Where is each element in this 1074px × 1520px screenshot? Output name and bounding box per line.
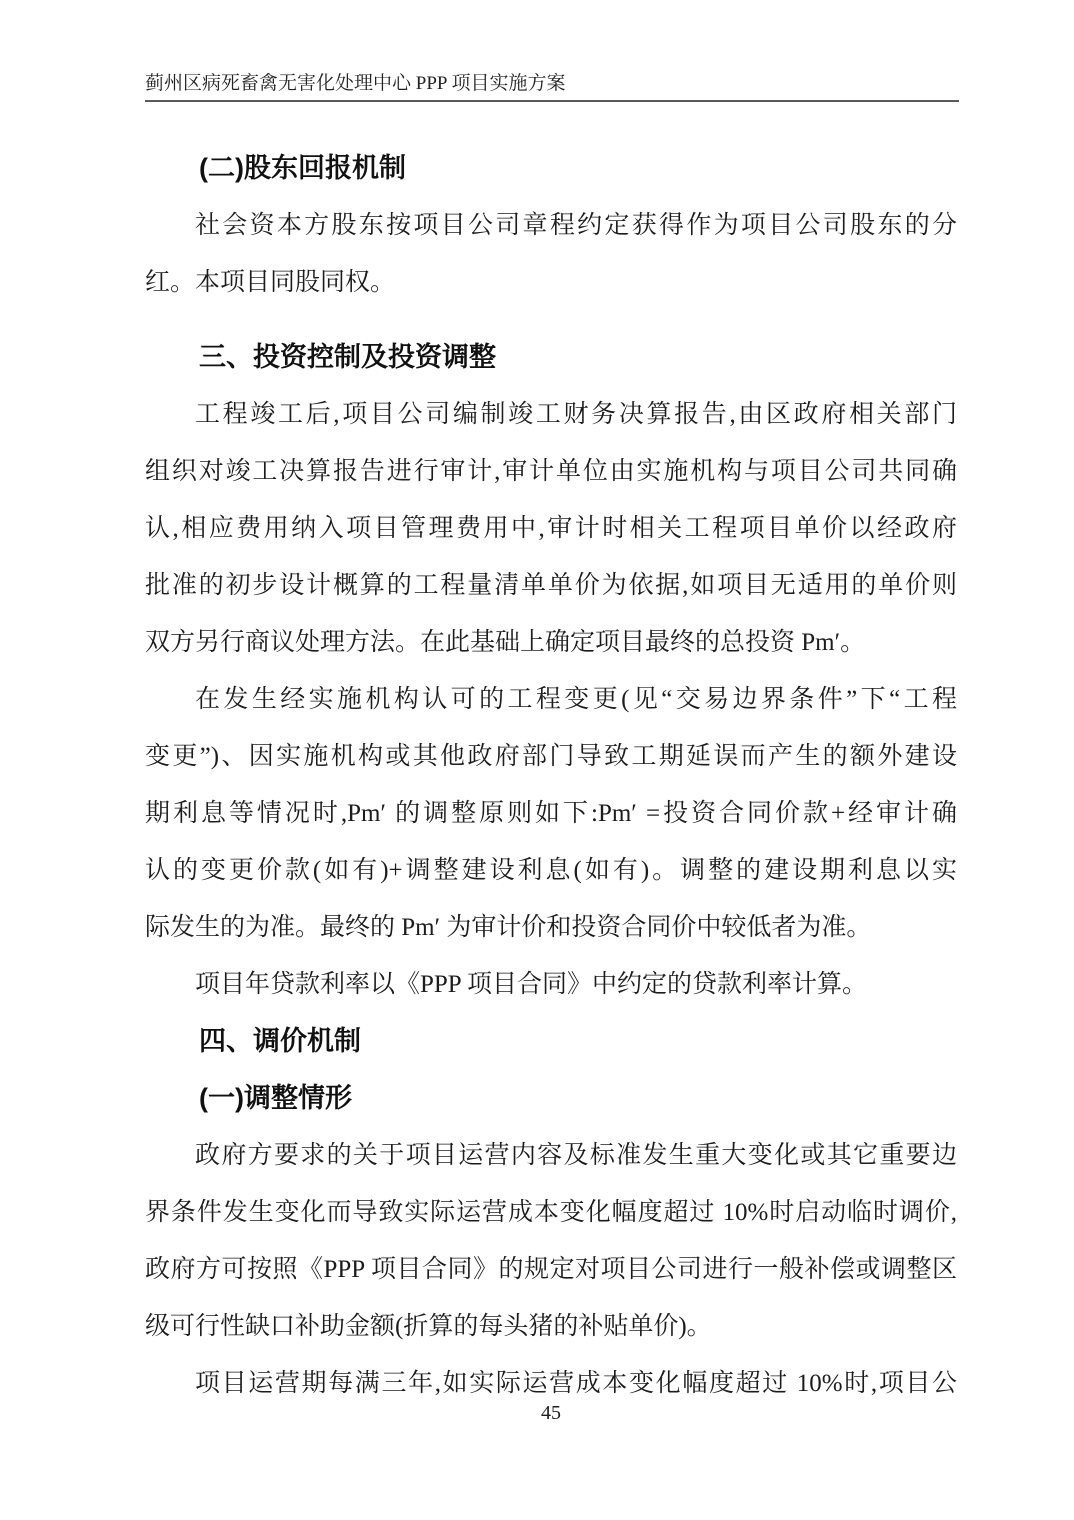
para-loan-rate: 项目年贷款利率以《PPP 项目合同》中约定的贷款利率计算。 [145,956,957,1013]
text-line: 际发生的为准。最终的 Pm′ 为审计价和投资合同价中较低者为准。 [145,899,957,956]
para-pm-adjustment: 在发生经实施机构认可的工程变更(见“交易边界条件”下“工程变更”)、因实施机构或… [145,671,957,956]
text-line: 变更”)、因实施机构或其他政府部门导致工期延误而产生的额外建设 [145,728,957,785]
text-line: 组织对竣工决算报告进行审计,审计单位由实施机构与项目公司共同确 [145,443,957,500]
page-number: 45 [145,1400,957,1426]
text-line: 社会资本方股东按项目公司章程约定获得作为项目公司股东的分 [145,197,957,254]
text-line: 认,相应费用纳入项目管理费用中,审计时相关工程项目单价以经政府 [145,500,957,557]
text-line: 级可行性缺口补助金额(折算的每头猪的补贴单价)。 [145,1298,957,1355]
text-line: 双方另行商议处理方法。在此基础上确定项目最终的总投资 Pm′。 [145,614,957,671]
text-line: 界条件发生变化而导致实际运营成本变化幅度超过 10%时启动临时调价, [145,1184,957,1241]
document-body: (二)股东回报机制社会资本方股东按项目公司章程约定获得作为项目公司股东的分红。本… [145,140,957,1412]
text-line: 工程竣工后,项目公司编制竣工财务决算报告,由区政府相关部门 [145,386,957,443]
text-line: 期利息等情况时,Pm′ 的调整原则如下:Pm′ =投资合同价款+经审计确 [145,785,957,842]
heading-investment-control: 三、投资控制及投资调整 [145,329,957,386]
document-page: 蓟州区病死畜禽无害化处理中心 PPP 项目实施方案 (二)股东回报机制社会资本方… [0,0,1074,1520]
text-line: 项目年贷款利率以《PPP 项目合同》中约定的贷款利率计算。 [145,956,957,1013]
para-temporary-adjustment: 政府方要求的关于项目运营内容及标准发生重大变化或其它重要边界条件发生变化而导致实… [145,1127,957,1355]
para-completion-audit: 工程竣工后,项目公司编制竣工财务决算报告,由区政府相关部门组织对竣工决算报告进行… [145,386,957,671]
text-line: 在发生经实施机构认可的工程变更(见“交易边界条件”下“工程 [145,671,957,728]
text-line: 政府方要求的关于项目运营内容及标准发生重大变化或其它重要边 [145,1127,957,1184]
heading-shareholder-return: (二)股东回报机制 [145,140,957,197]
text-line: 认的变更价款(如有)+调整建设利息(如有)。调整的建设期利息以实 [145,842,957,899]
page-header-title: 蓟州区病死畜禽无害化处理中心 PPP 项目实施方案 [145,72,959,102]
text-line: 批准的初步设计概算的工程量清单单价为依据,如项目无适用的单价则 [145,557,957,614]
heading-adjustment-cases: (一)调整情形 [145,1070,957,1127]
heading-price-adjustment: 四、调价机制 [145,1013,957,1070]
text-line: 政府方可按照《PPP 项目合同》的规定对项目公司进行一般补偿或调整区 [145,1241,957,1298]
para-shareholder-return: 社会资本方股东按项目公司章程约定获得作为项目公司股东的分红。本项目同股同权。 [145,197,957,311]
text-line: 红。本项目同股同权。 [145,254,957,311]
